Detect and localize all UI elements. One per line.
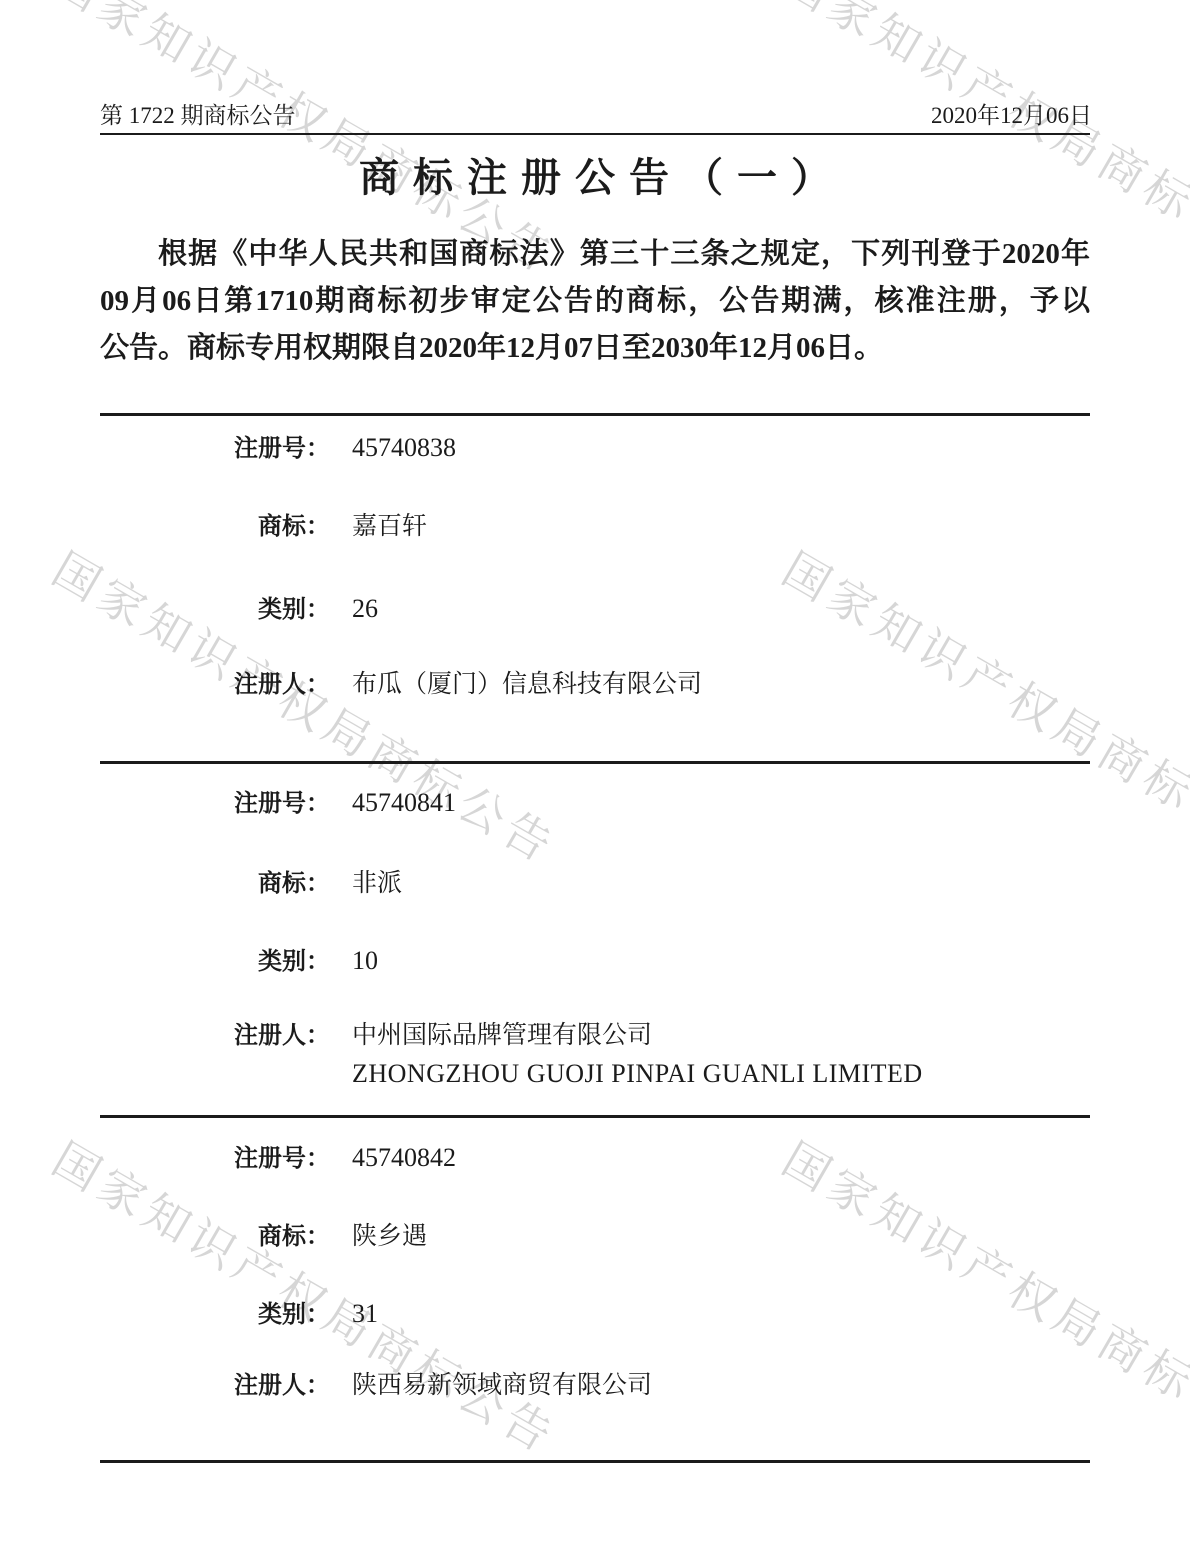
record-row-class: 类别： 10 [100,944,1090,979]
class-label: 类别： [100,945,330,979]
intro-line-2: 09月06日第1710期商标初步审定公告的商标，公告期满，核准注册，予以 [100,278,1090,325]
registrant-label: 注册人： [100,668,330,702]
registrant-value: 中州国际品牌管理有限公司 ZHONGZHOU GUOJI PINPAI GUAN… [352,1019,923,1091]
gazette-page: 国家知识产权局商标公告 国家知识产权局商标公告 国家知识产权局商标公告 国家知识… [0,0,1190,1564]
record-row-mark: 商标： 陕乡遇 [100,1220,1090,1254]
registrant-name-cn: 中州国际品牌管理有限公司 [352,1019,923,1053]
record-row-registrant: 注册人： 陕西易新领域商贸有限公司 [100,1369,1090,1403]
watermark-text: 国家知识产权局商标公告 [42,534,570,877]
mark-label: 商标： [100,510,330,544]
record-row-class: 类别： 26 [100,592,1090,627]
intro-line-1: 根据《中华人民共和国商标法》第三十三条之规定，下列刊登于2020年 [100,231,1090,278]
reg-no-label: 注册号： [100,787,330,821]
registrant-name-en: ZHONGZHOU GUOJI PINPAI GUANLI LIMITED [352,1057,923,1091]
record-row-mark: 商标： 嘉百轩 [100,510,1090,544]
record-separator [100,413,1090,416]
header-rule [100,133,1090,135]
reg-no-label: 注册号： [100,432,330,466]
record-separator [100,761,1090,764]
class-value: 31 [352,1297,378,1331]
page-title: 商标注册公告（一） [0,146,1190,203]
mark-value: 嘉百轩 [352,510,427,544]
mark-label: 商标： [100,867,330,901]
intro-line-3: 公告。商标专用权期限自2020年12月07日至2030年12月06日。 [100,325,1090,372]
record-row-reg-no: 注册号： 45740842 [100,1141,1090,1176]
registrant-value: 布瓜（厦门）信息科技有限公司 [352,668,702,702]
mark-label: 商标： [100,1220,330,1254]
mark-value: 陕乡遇 [352,1220,427,1254]
reg-no-label: 注册号： [100,1142,330,1176]
class-value: 26 [352,592,378,626]
record-row-reg-no: 注册号： 45740841 [100,786,1090,821]
mark-value: 非派 [352,867,402,901]
watermark-text: 国家知识产权局商标公告 [772,534,1190,877]
issue-label: 第 1722 期商标公告 [100,97,296,130]
intro-paragraph: 根据《中华人民共和国商标法》第三十三条之规定，下列刊登于2020年 09月06日… [100,231,1090,372]
reg-no-value: 45740842 [352,1141,456,1175]
record-row-mark: 商标： 非派 [100,867,1090,901]
registrant-label: 注册人： [100,1019,330,1053]
record-separator [100,1460,1090,1463]
record-row-class: 类别： 31 [100,1297,1090,1332]
reg-no-value: 45740838 [352,431,456,465]
class-label: 类别： [100,593,330,627]
issue-date: 2020年12月06日 [931,97,1092,130]
record-separator [100,1115,1090,1118]
record-row-registrant: 注册人： 中州国际品牌管理有限公司 ZHONGZHOU GUOJI PINPAI… [100,1019,1090,1091]
registrant-label: 注册人： [100,1369,330,1403]
record-row-reg-no: 注册号： 45740838 [100,431,1090,466]
class-value: 10 [352,944,378,978]
record-row-registrant: 注册人： 布瓜（厦门）信息科技有限公司 [100,668,1090,702]
class-label: 类别： [100,1298,330,1332]
registrant-value: 陕西易新领域商贸有限公司 [352,1369,652,1403]
reg-no-value: 45740841 [352,786,456,820]
